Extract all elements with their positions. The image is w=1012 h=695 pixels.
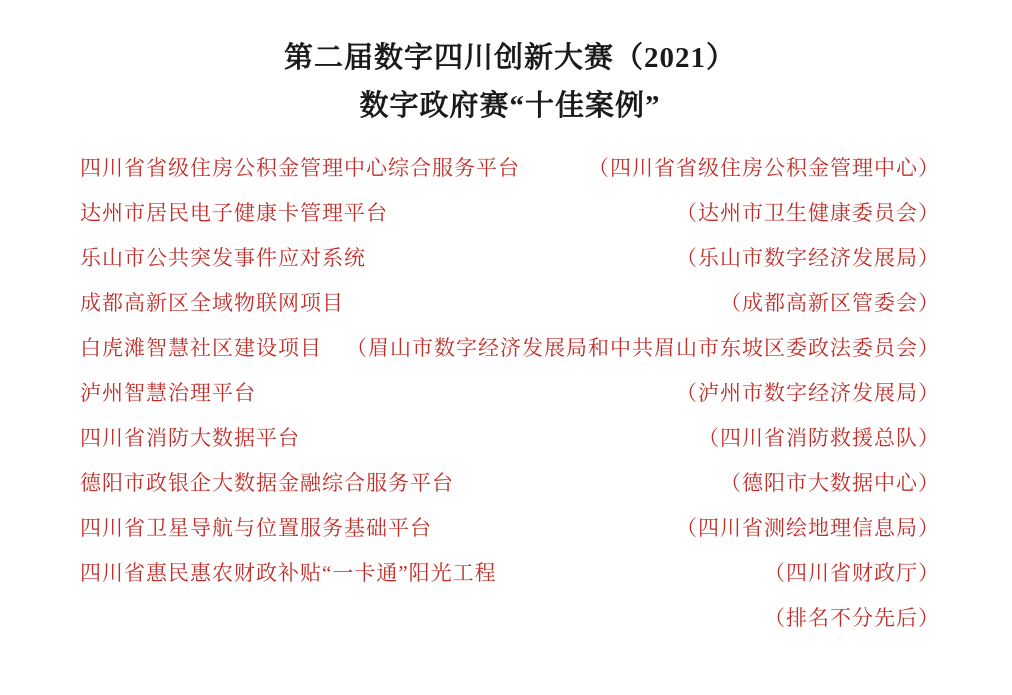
case-row: 达州市居民电子健康卡管理平台 （达州市卫生健康委员会）	[80, 189, 940, 234]
case-row: 白虎滩智慧社区建设项目 （眉山市数字经济发展局和中共眉山市东坡区委政法委员会）	[80, 324, 940, 369]
case-organization: （达州市卫生健康委员会）	[676, 197, 940, 227]
ranking-disclaimer-text: （排名不分先后）	[764, 602, 940, 632]
case-project: 成都高新区全域物联网项目	[80, 287, 344, 317]
document-page: 第二届数字四川创新大赛（2021） 数字政府赛“十佳案例” 四川省省级住房公积金…	[0, 0, 1012, 695]
case-organization: （成都高新区管委会）	[720, 287, 940, 317]
document-title: 第二届数字四川创新大赛（2021） 数字政府赛“十佳案例”	[80, 34, 940, 130]
case-organization: （泸州市数字经济发展局）	[676, 377, 940, 407]
case-row: 四川省惠民惠农财政补贴“一卡通”阳光工程 （四川省财政厅）	[80, 549, 940, 594]
case-row: 泸州智慧治理平台 （泸州市数字经济发展局）	[80, 369, 940, 414]
case-project: 四川省消防大数据平台	[80, 422, 300, 452]
case-project: 四川省惠民惠农财政补贴“一卡通”阳光工程	[80, 557, 497, 587]
case-project: 白虎滩智慧社区建设项目	[80, 332, 322, 362]
case-organization: （四川省测绘地理信息局）	[676, 512, 940, 542]
case-project: 乐山市公共突发事件应对系统	[80, 242, 366, 272]
case-organization: （四川省财政厅）	[764, 557, 940, 587]
case-row: 四川省消防大数据平台 （四川省消防救援总队）	[80, 414, 940, 459]
case-row: 成都高新区全域物联网项目 （成都高新区管委会）	[80, 279, 940, 324]
case-project: 泸州智慧治理平台	[80, 377, 256, 407]
title-line-1: 第二届数字四川创新大赛（2021）	[80, 34, 940, 82]
case-project: 达州市居民电子健康卡管理平台	[80, 197, 388, 227]
case-organization: （四川省省级住房公积金管理中心）	[588, 152, 940, 182]
case-row: 德阳市政银企大数据金融综合服务平台 （德阳市大数据中心）	[80, 459, 940, 504]
case-project: 德阳市政银企大数据金融综合服务平台	[80, 467, 454, 497]
case-row: 四川省卫星导航与位置服务基础平台 （四川省测绘地理信息局）	[80, 504, 940, 549]
case-project: 四川省卫星导航与位置服务基础平台	[80, 512, 432, 542]
ranking-disclaimer: （排名不分先后）	[80, 594, 940, 639]
title-line-2: 数字政府赛“十佳案例”	[80, 82, 940, 130]
case-project: 四川省省级住房公积金管理中心综合服务平台	[80, 152, 520, 182]
case-list: 四川省省级住房公积金管理中心综合服务平台 （四川省省级住房公积金管理中心） 达州…	[80, 144, 940, 594]
case-organization: （眉山市数字经济发展局和中共眉山市东坡区委政法委员会）	[346, 332, 940, 362]
case-organization: （四川省消防救援总队）	[698, 422, 940, 452]
case-row: 四川省省级住房公积金管理中心综合服务平台 （四川省省级住房公积金管理中心）	[80, 144, 940, 189]
case-organization: （乐山市数字经济发展局）	[676, 242, 940, 272]
case-organization: （德阳市大数据中心）	[720, 467, 940, 497]
case-row: 乐山市公共突发事件应对系统 （乐山市数字经济发展局）	[80, 234, 940, 279]
